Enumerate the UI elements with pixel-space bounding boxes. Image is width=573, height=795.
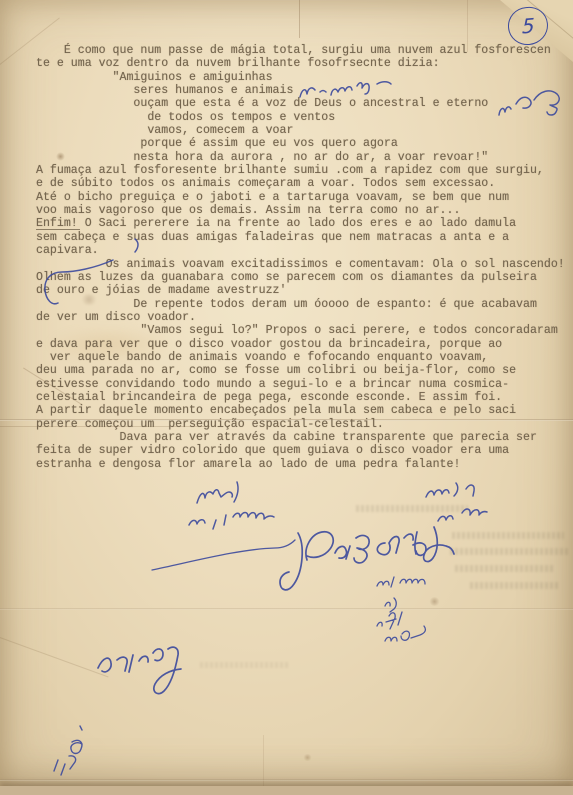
note-left-line-1 bbox=[197, 482, 238, 503]
note-under-signature-3 bbox=[377, 612, 425, 641]
scanned-typewritten-page: É como que num passe de mágia total, sur… bbox=[0, 0, 573, 795]
margin-curve-near-os-animais bbox=[45, 260, 113, 304]
signature-flourish-line bbox=[152, 540, 295, 570]
note-right-line-1 bbox=[426, 483, 474, 497]
handwriting-ink-layer bbox=[0, 0, 573, 795]
note-right-line-2 bbox=[438, 509, 487, 521]
insertion-after-eterno-scribble bbox=[499, 91, 559, 115]
note-left-line-2 bbox=[189, 513, 274, 530]
note-under-signature-1 bbox=[377, 577, 425, 587]
mark-after-capivara bbox=[135, 239, 138, 252]
bottom-left-scribble bbox=[54, 726, 82, 775]
note-under-signature-2 bbox=[385, 598, 396, 612]
signature-j-stroke bbox=[280, 533, 302, 590]
insertion-after-animais-scribble bbox=[300, 82, 391, 97]
secondary-signature bbox=[98, 647, 181, 693]
main-signature bbox=[306, 527, 454, 563]
